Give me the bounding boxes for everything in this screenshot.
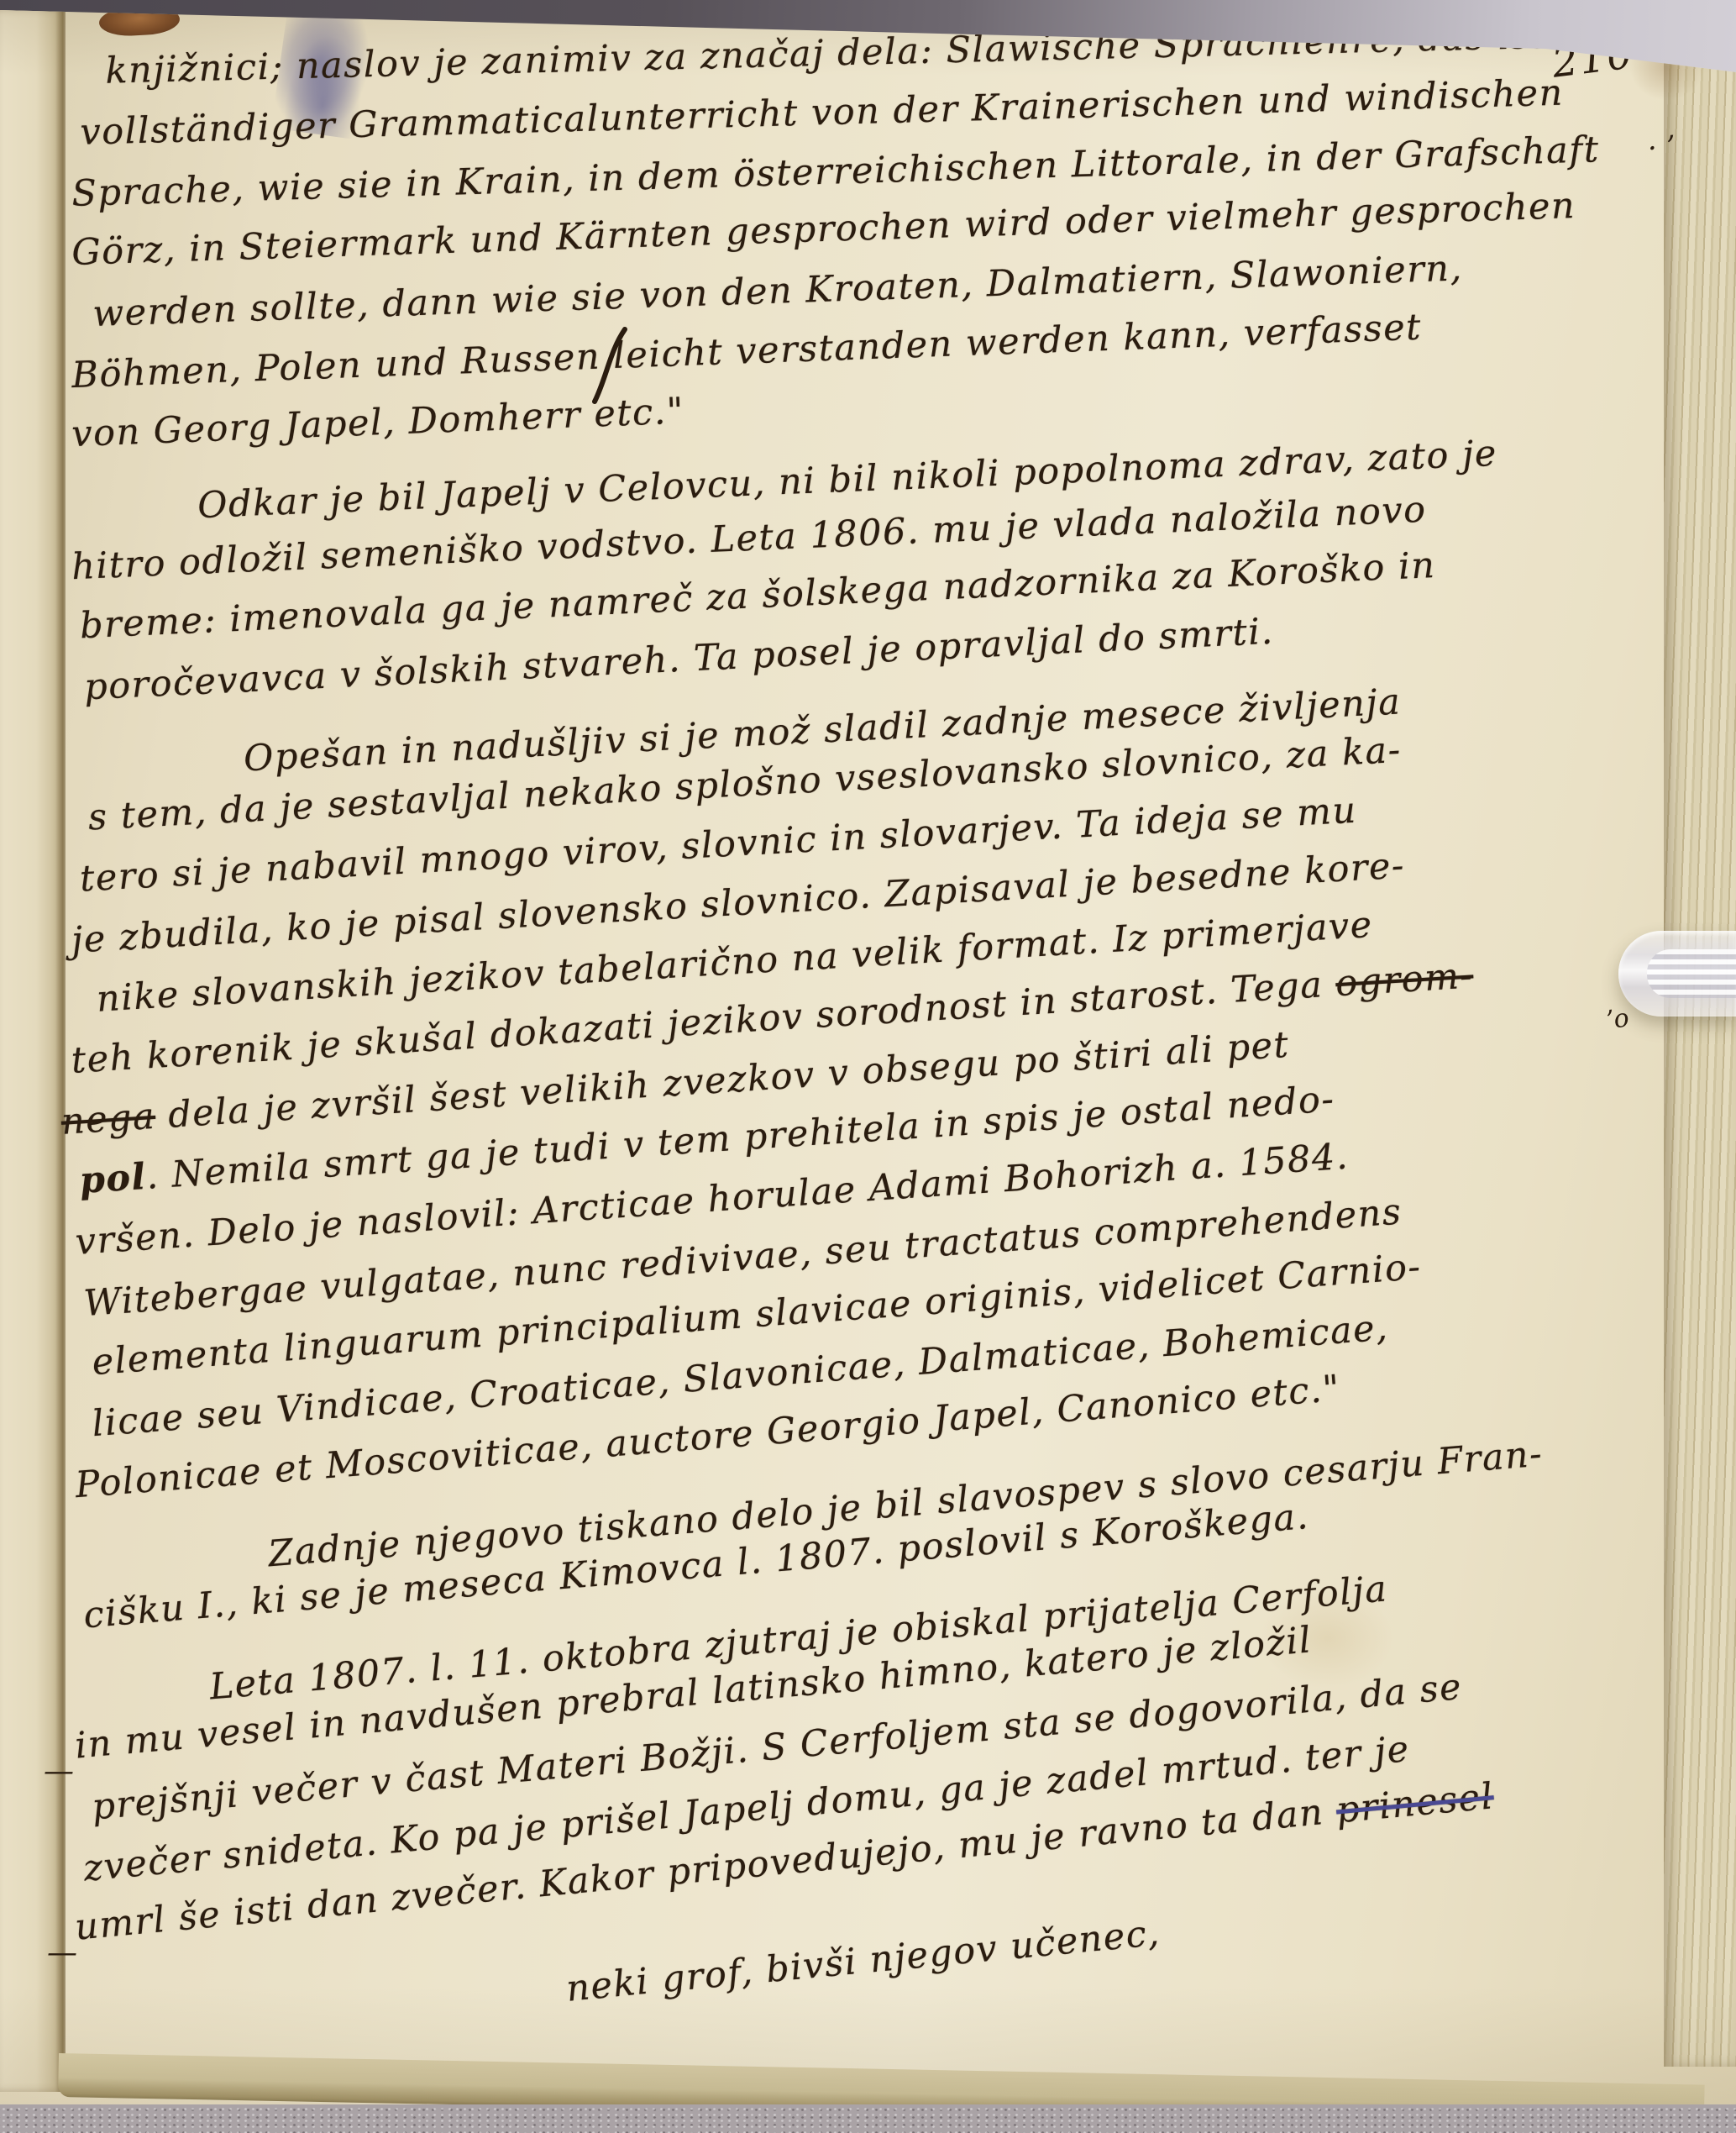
handwritten-text: breme: imenovala ga je namreč za šolskeg… (79, 544, 1436, 647)
book-gutter (0, 8, 66, 2092)
handwritten-text: Witebergae vulgatae, nunc redivivae, seu… (82, 1190, 1403, 1325)
handwritten-text: tero si je nabavil mnogo virov, slovnic … (79, 790, 1358, 901)
left-margin-dash: — (44, 1754, 74, 1789)
right-margin-squiggle: ʼo (1604, 1003, 1631, 1036)
handwritten-text: Böhmen, Polen und Russen leicht verstand… (71, 307, 1423, 397)
manuscript-text: knjižnici; naslov je zanimiv za značaj d… (72, 50, 1710, 2026)
manuscript-line: pol. Nemila smrt ga je tudi v tem prehit… (78, 1054, 1708, 1221)
manuscript-line: teh korenik je skušal dokazati jezikov s… (70, 941, 1708, 1101)
manuscript-line: vollständiger Grammaticalunterricht von … (80, 68, 1710, 172)
handwritten-text: prejšnji večer v čast Materi Božji. S Ce… (90, 1666, 1464, 1829)
manuscript-line: Görz, in Steiermark und Kärnten gesproch… (71, 181, 1710, 292)
handwritten-text: nike slovanskih jezikov tabelarično na v… (95, 904, 1374, 1021)
manuscript-line: cišku I., ki se je meseca Kimovca l. 180… (82, 1463, 1707, 1656)
manuscript-line: prejšnji večer v čast Materi Božji. S Ce… (90, 1645, 1706, 1847)
manuscript-line: poročevavca v šolskih stvareh. Ta posel … (83, 590, 1709, 727)
manuscript-line: Sprache, wie sie in Krain, in dem österr… (71, 125, 1710, 233)
handwritten-text: hitro odložil semeniško vodstvo. Leta 18… (71, 489, 1427, 589)
manuscript-line: Zadnje njegovo tiskano delo je bil slavo… (267, 1420, 1707, 1594)
handwritten-text: vršen. Delo je naslovil: Arcticae horula… (74, 1136, 1350, 1264)
right-margin-dots: · ʼ (1646, 130, 1676, 166)
handwritten-text: je zbudila, ko je pisal slovensko slovni… (71, 844, 1407, 961)
handwritten-text: cišku I., ki se je meseca Kimovca l. 180… (82, 1495, 1311, 1637)
handwritten-text: Leta 1807. l. 11. oktobra zjutraj je obi… (208, 1568, 1390, 1708)
handwritten-text: teh korenik je skušal dokazati jezikov s… (70, 963, 1336, 1081)
glass-page-weight (1618, 931, 1736, 1017)
handwritten-text: von Georg Japel, Domherr etc." (71, 390, 685, 455)
manuscript-line: in mu vesel in navdušen prebral latinsko… (73, 1585, 1706, 1785)
manuscript-line: licae seu Vindicae, Croaticae, Slavonica… (91, 1283, 1707, 1463)
left-margin-dash: — (47, 1936, 77, 1970)
blue-ink-smudge (271, 9, 375, 139)
handwritten-text: elementa linguarum principalium slavicae… (91, 1246, 1423, 1384)
handwritten-text: in mu vesel in navdušen prebral latinsko… (73, 1619, 1314, 1767)
manuscript-line: von Georg Japel, Domherr etc." (71, 351, 1709, 474)
manuscript-line: breme: imenovala ga je namreč za šolskeg… (79, 532, 1709, 665)
handwritten-text: poročevavca v šolskih stvareh. Ta posel … (83, 611, 1275, 709)
handwritten-text: dela je zvršil šest velikih zvezkov v ob… (154, 1024, 1290, 1137)
handwritten-text: zvečer snideta. Ko pa je prišel Japelj d… (81, 1728, 1411, 1890)
handwritten-text: Zadnje njegovo tiskano delo je bil slavo… (267, 1433, 1545, 1576)
handwritten-text: Sprache, wie sie in Krain, in dem österr… (71, 129, 1600, 215)
manuscript-line: umrl še isti dan zvečer. Kakor pripovedu… (73, 1756, 1705, 1967)
manuscript-line: neki grof, bivši njegov učenec, (564, 1860, 1707, 2028)
manuscript-line: Polonicae et Moscoviticae, auctore Georg… (74, 1340, 1707, 1526)
ink-flourish-mark (588, 326, 632, 410)
struck-word: ogrom- (1335, 954, 1475, 1005)
manuscript-line: vršen. Delo je naslovil: Arcticae horula… (74, 1111, 1707, 1282)
manuscript-line: je zbudila, ko je pisal slovensko slovni… (71, 827, 1709, 980)
manuscript-line: nike slovanskih jezikov tabelarično na v… (95, 885, 1708, 1039)
handwritten-text: Odkar je bil Japelj v Celovcu, ni bil ni… (197, 433, 1497, 527)
book-page: 210 knjižnici; naslov je zanimiv za znač… (0, 0, 1736, 2104)
manuscript-line: nega dela je zvršil šest velikih zvezkov… (60, 997, 1708, 1161)
handwritten-text: umrl še isti dan zvečer. Kakor pripovedu… (73, 1790, 1338, 1949)
handwritten-text: Opešan in nadušljiv si je mož sladil zad… (243, 680, 1402, 780)
handwritten-text: werden sollte, dann wie sie von den Kroa… (92, 247, 1464, 335)
struck-word: prinesel (1335, 1775, 1496, 1831)
manuscript-line: Odkar je bil Japelj v Celovcu, ni bil ni… (197, 424, 1709, 545)
handwritten-text: s tem, da je sestavljal nekako splošno v… (87, 729, 1403, 839)
handwritten-text: vollständiger Grammaticalunterricht von … (80, 72, 1564, 154)
manuscript-line: Leta 1807. l. 11. oktobra zjutraj je obi… (208, 1542, 1707, 1726)
manuscript-line: tero si je nabavil mnogo virov, slovnic … (79, 770, 1709, 918)
manuscript-line: elementa linguarum principalium slavicae… (91, 1226, 1707, 1402)
manuscript-line: hitro odložil semeniško vodstvo. Leta 18… (71, 476, 1709, 607)
handwritten-text: neki grof, bivši njegov učenec, (564, 1912, 1162, 2010)
paper-stain (1260, 1588, 1394, 1689)
handwritten-text: licae seu Vindicae, Croaticae, Slavonica… (91, 1306, 1390, 1445)
manuscript-line: Böhmen, Polen und Russen leicht verstand… (71, 296, 1710, 415)
struck-word: nega (60, 1095, 156, 1143)
manuscript-line: s tem, da je sestavljal nekako splošno v… (87, 713, 1709, 858)
manuscript-photo: 210 knjižnici; naslov je zanimiv za znač… (0, 0, 1736, 2133)
handwritten-text: pol (78, 1156, 148, 1202)
page-stack-edge (1664, 50, 1736, 2067)
handwritten-text: . Nemila smrt ga je tudi v tem prehitela… (145, 1078, 1336, 1197)
handwritten-text: Görz, in Steiermark und Kärnten gesproch… (71, 185, 1576, 274)
manuscript-line: Opešan in nadušljiv si je mož sladil zad… (243, 665, 1709, 798)
manuscript-line: zvečer snideta. Ko pa je prišel Japelj d… (81, 1702, 1706, 1909)
manuscript-line: Witebergae vulgatae, nunc redivivae, seu… (82, 1169, 1707, 1343)
manuscript-line: werden sollte, dann wie sie von den Kroa… (92, 239, 1710, 354)
handwritten-text: Polonicae et Moscoviticae, auctore Georg… (74, 1368, 1342, 1506)
